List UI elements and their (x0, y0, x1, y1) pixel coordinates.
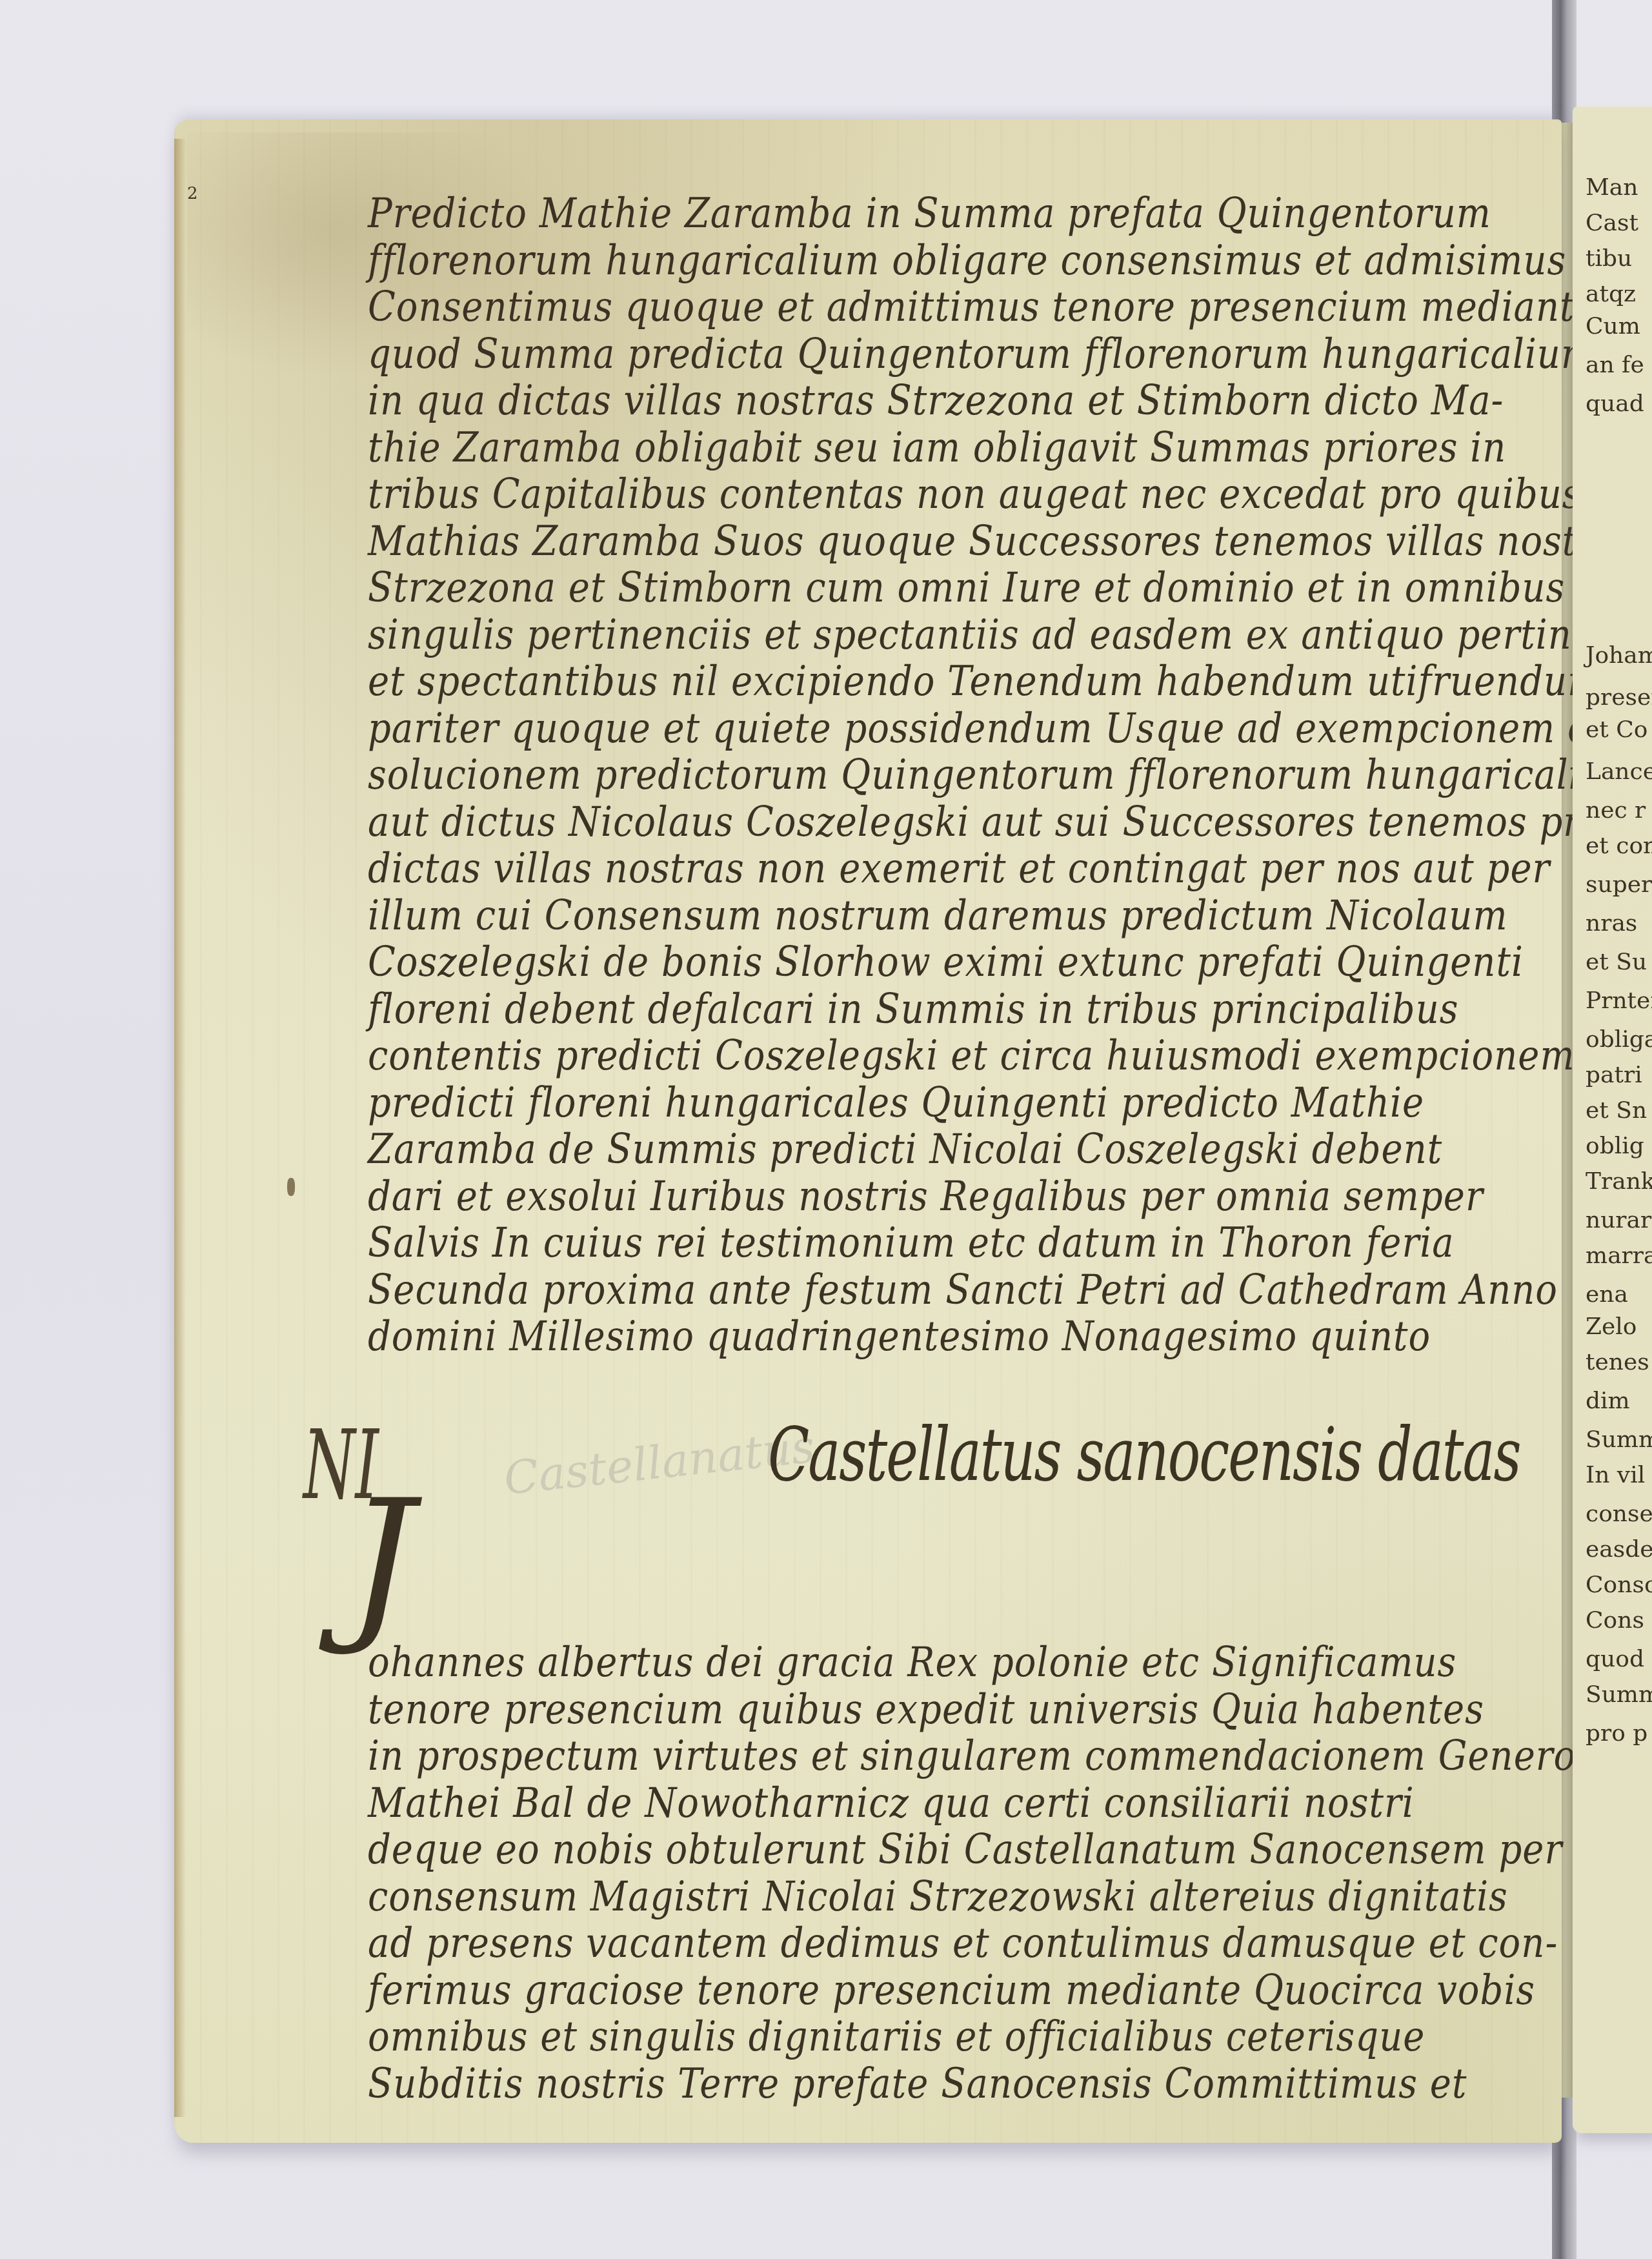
text-line: Mathei Bal de Nowotharnicz qua certi con… (368, 1776, 1516, 1830)
facing-text-fragment: et Co (1586, 716, 1647, 743)
facing-text-fragment: consen (1586, 1501, 1652, 1527)
facing-text-fragment: Conso (1586, 1572, 1652, 1598)
text-line: in qua dictas villas nostras Strzezona e… (368, 374, 1516, 428)
text-line: ohannes albertus dei gracia Rex polonie … (368, 1636, 1516, 1690)
facing-text-fragment: Cum (1586, 313, 1640, 339)
text-line: consensum Magistri Nicolai Strzezowski a… (368, 1870, 1516, 1923)
facing-text-fragment: quod Su (1586, 1646, 1652, 1672)
text-line: pariter quoque et quiete possidendum Usq… (368, 702, 1516, 755)
text-line: tenore presencium quibus expedit univers… (368, 1683, 1516, 1736)
facing-text-fragment: nras (1586, 910, 1637, 937)
ink-blot (287, 1178, 295, 1196)
text-line: fflorenorum hungaricalium obligare conse… (368, 234, 1516, 287)
facing-text-fragment: easde (1586, 1536, 1652, 1563)
text-line: deque eo nobis obtulerunt Sibi Castellan… (368, 1823, 1516, 1877)
facing-text-fragment: patri (1586, 1062, 1642, 1088)
facing-text-fragment: Man (1586, 174, 1638, 201)
facing-text-fragment: Summa (1586, 1426, 1652, 1453)
text-line: tribus Capitalibus contentas non augeat … (368, 468, 1516, 522)
facing-text-fragment: nec r (1586, 797, 1646, 824)
text-line: Predicto Mathie Zaramba in Summa prefata… (368, 187, 1516, 241)
text-line: contentis predicti Coszelegski et circa … (368, 1029, 1516, 1083)
page-edge-shading (174, 139, 186, 2117)
facing-text-fragment: tibu (1586, 245, 1632, 272)
facing-text-fragment: ena (1586, 1281, 1628, 1308)
page-number-mark: 2 (187, 184, 198, 203)
facing-text-fragment: Joham (1586, 642, 1652, 669)
text-line: Salvis In cuius rei testimonium etc datu… (368, 1217, 1516, 1270)
text-section-1: Predicto Mathie Zaramba in Summa prefata… (368, 190, 1516, 1361)
facing-text-fragment: dim (1586, 1388, 1630, 1414)
text-line: thie Zaramba obligabit seu iam obligavit… (368, 421, 1516, 474)
section-heading: Castellatus sanocensis datas (768, 1412, 1520, 1497)
manuscript-page: 2 Predicto Mathie Zaramba in Summa prefa… (174, 119, 1562, 2143)
facing-text-fragment: pro p (1586, 1720, 1647, 1747)
text-line: omnibus et singulis dignitariis et offic… (368, 2011, 1516, 2064)
text-line: dari et exsolui Iuribus nostris Regalibu… (368, 1170, 1516, 1223)
facing-text-fragment: nurare (1586, 1207, 1652, 1233)
facing-text-fragment: Summa (1586, 1681, 1652, 1708)
text-line: dictas villas nostras non exemerit et co… (368, 842, 1516, 896)
text-line: Subditis nostris Terre prefate Sanocensi… (368, 2057, 1516, 2111)
text-line: Mathias Zaramba Suos quoque Successores … (368, 514, 1516, 568)
facing-text-fragment: Trank (1586, 1168, 1652, 1195)
facing-text-fragment: presen (1586, 684, 1652, 711)
text-line: Zaramba de Summis predicti Nicolai Cosze… (368, 1123, 1516, 1177)
facing-text-fragment: In vil (1586, 1462, 1645, 1488)
facing-text-fragment: Cast (1586, 210, 1638, 236)
facing-text-fragment: oblig (1586, 1133, 1644, 1159)
facing-text-fragment: et Su (1586, 949, 1647, 975)
facing-text-fragment: Zelo (1586, 1313, 1637, 1340)
text-section-2: J ohannes albertus dei gracia Rex poloni… (368, 1639, 1516, 2107)
text-line: aut dictus Nicolaus Coszelegski aut sui … (368, 795, 1516, 849)
text-line: et spectantibus nil excipiendo Tenendum … (368, 655, 1516, 709)
text-line: singulis pertinenciis et spectantiis ad … (368, 608, 1516, 662)
text-line: quod Summa predicta Quingentorum ffloren… (368, 327, 1516, 381)
facing-text-fragment: super (1586, 871, 1652, 898)
facing-text-fragment: et con (1586, 833, 1652, 859)
text-line: Secunda proxima ante festum Sancti Petri… (368, 1263, 1516, 1317)
text-line: Coszelegski de bonis Slorhow eximi extun… (368, 936, 1516, 989)
text-line: domini Millesimo quadringentesimo Nonage… (368, 1310, 1516, 1364)
text-line: illum cui Consensum nostrum daremus pred… (368, 889, 1516, 942)
facing-text-fragment: atqz (1586, 281, 1636, 307)
decorated-initial: J (347, 1478, 414, 1646)
facing-text-fragment: obliga (1586, 1026, 1652, 1053)
facing-text-fragment: et Sn (1586, 1097, 1647, 1124)
facing-text-fragment: an fe (1586, 352, 1644, 378)
facing-text-fragment: Prnter (1586, 988, 1652, 1014)
facing-text-fragment: Cons (1586, 1607, 1644, 1634)
facing-text-fragment: marra (1586, 1242, 1652, 1269)
text-line: ferimus graciose tenore presencium media… (368, 1963, 1516, 2017)
text-line: predicti floreni hungaricales Quingenti … (368, 1076, 1516, 1129)
text-line: solucionem predictorum Quingentorum fflo… (368, 749, 1516, 802)
facing-text-fragment: Lance (1586, 758, 1652, 785)
facing-text-fragment: tenes (1586, 1349, 1649, 1375)
facing-page: ManCasttibuatqzCuman fequadJohampresenet… (1573, 106, 1652, 2133)
text-line: floreni debent defalcari in Summis in tr… (368, 982, 1516, 1036)
facing-text-fragment: quad (1586, 390, 1644, 417)
text-line: Strzezona et Stimborn cum omni Iure et d… (368, 562, 1516, 615)
text-line: in prospectum virtutes et singularem com… (368, 1730, 1516, 1783)
text-line: ad presens vacantem dedimus et contulimu… (368, 1917, 1516, 1970)
text-line: Consentimus quoque et admittimus tenore … (368, 281, 1516, 334)
